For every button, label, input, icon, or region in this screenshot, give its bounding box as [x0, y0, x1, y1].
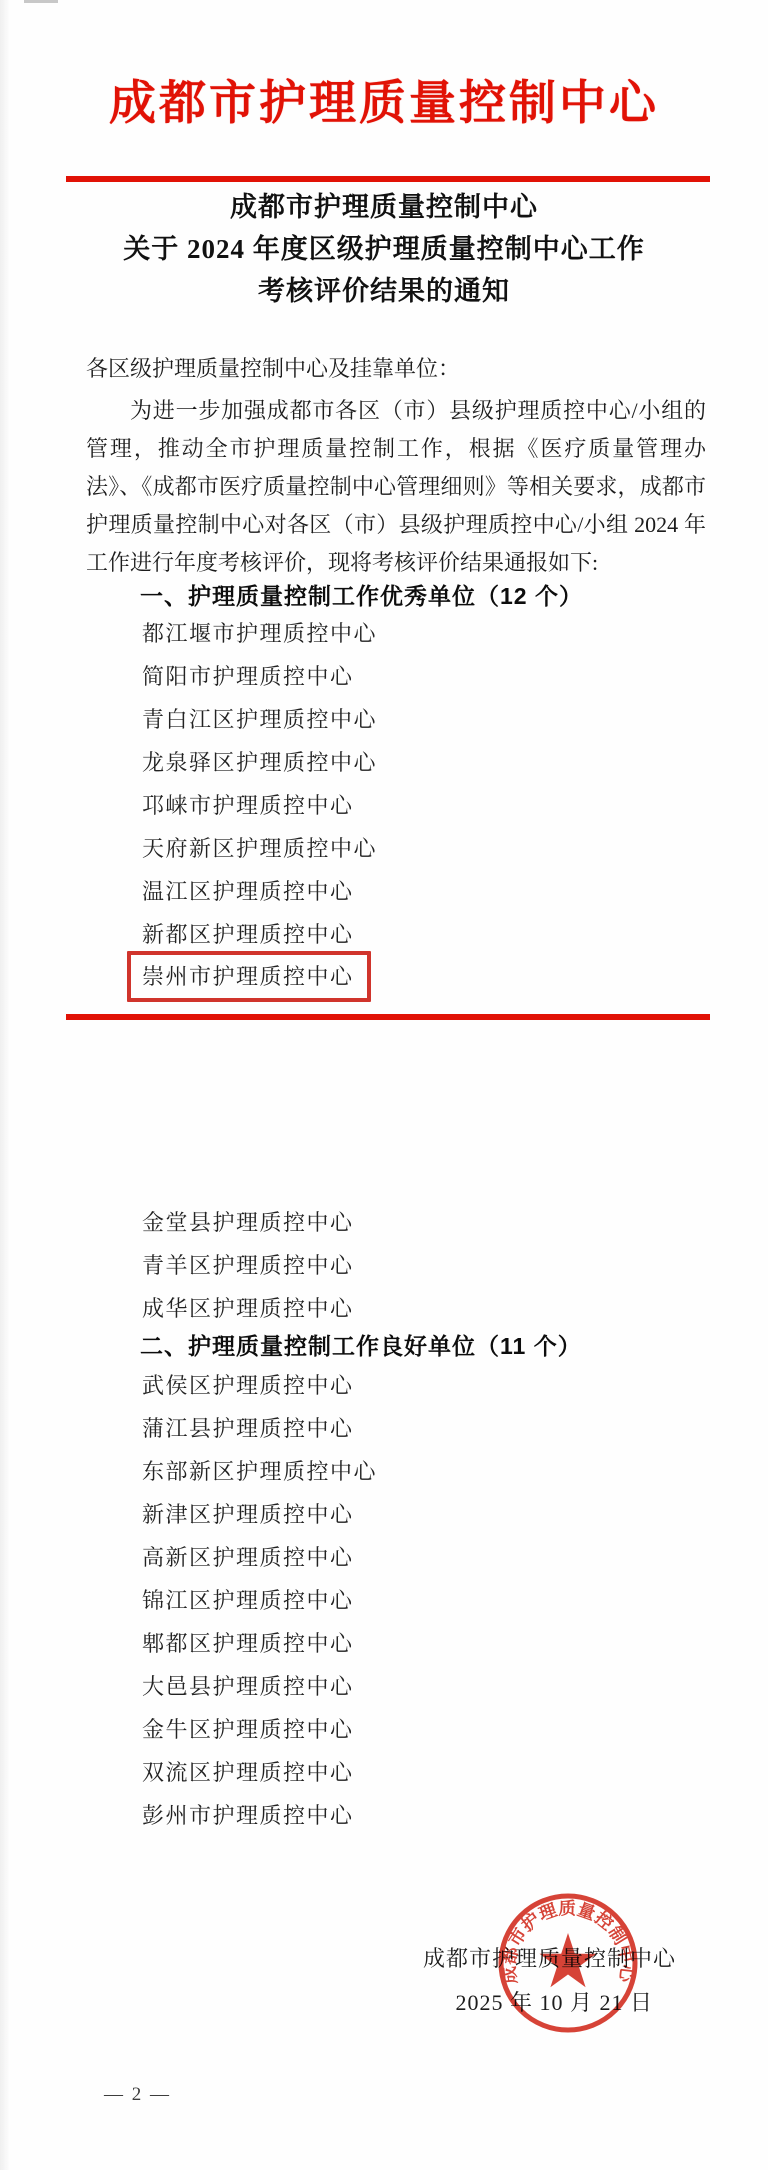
document-title-line-1: 成都市护理质量控制中心 — [30, 186, 738, 228]
unit-list-item: 青羊区护理质控中心 — [142, 1243, 728, 1286]
unit-list-item: 武侯区护理质控中心 — [142, 1363, 728, 1406]
unit-list-item: 温江区护理质控中心 — [142, 869, 728, 912]
excellent-units-list-page2: 金堂县护理质控中心 青羊区护理质控中心 成华区护理质控中心 — [142, 1200, 728, 1329]
document-title: 成都市护理质量控制中心 关于 2024 年度区级护理质量控制中心工作 考核评价结… — [30, 186, 738, 312]
seal-star-icon — [540, 1933, 597, 1987]
unit-name: 锦江区护理质控中心 — [142, 1584, 354, 1615]
unit-list-item: 新津区护理质控中心 — [142, 1492, 728, 1535]
unit-name: 崇州市护理质控中心 — [127, 951, 371, 1002]
body-paragraph: 为进一步加强成都市各区（市）县级护理质控中心/小组的管理，推动全市护理质量控制工… — [86, 392, 706, 582]
unit-name: 大邑县护理质控中心 — [142, 1670, 354, 1701]
official-seal: 成都市护理质量控制中心 — [488, 1883, 648, 2043]
unit-list-item: 崇州市护理质控中心 — [142, 955, 728, 998]
unit-list-item: 东部新区护理质控中心 — [142, 1449, 728, 1492]
unit-list-item: 锦江区护理质控中心 — [142, 1578, 728, 1621]
unit-list-item: 金牛区护理质控中心 — [142, 1707, 728, 1750]
unit-list-item: 双流区护理质控中心 — [142, 1750, 728, 1793]
unit-name: 邛崃市护理质控中心 — [142, 789, 354, 820]
unit-name: 郫都区护理质控中心 — [142, 1627, 354, 1658]
scan-artifact — [24, 0, 58, 3]
unit-list-item: 青白江区护理质控中心 — [142, 697, 728, 740]
unit-name: 高新区护理质控中心 — [142, 1541, 354, 1572]
unit-list-item: 成华区护理质控中心 — [142, 1286, 728, 1329]
salutation: 各区级护理质量控制中心及挂靠单位： — [86, 355, 708, 383]
unit-name: 简阳市护理质控中心 — [142, 660, 354, 691]
unit-name: 天府新区护理质控中心 — [142, 832, 377, 863]
unit-name: 武侯区护理质控中心 — [142, 1369, 354, 1400]
unit-name: 彭州市护理质控中心 — [142, 1799, 354, 1830]
unit-name: 蒲江县护理质控中心 — [142, 1412, 354, 1443]
unit-list-item: 邛崃市护理质控中心 — [142, 783, 728, 826]
unit-name: 金牛区护理质控中心 — [142, 1713, 354, 1744]
page-number: — 2 — — [104, 2084, 171, 2106]
unit-list-item: 新都区护理质控中心 — [142, 912, 728, 955]
unit-name: 双流区护理质控中心 — [142, 1756, 354, 1787]
unit-name: 青羊区护理质控中心 — [142, 1249, 354, 1280]
unit-list-item: 高新区护理质控中心 — [142, 1535, 728, 1578]
document-title-line-2: 关于 2024 年度区级护理质量控制中心工作 — [30, 228, 738, 270]
excellent-units-list-page1: 都江堰市护理质控中心 简阳市护理质控中心 青白江区护理质控中心 龙泉驿区护理质控… — [142, 611, 728, 998]
unit-list-item: 龙泉驿区护理质控中心 — [142, 740, 728, 783]
unit-name: 新津区护理质控中心 — [142, 1498, 354, 1529]
unit-list-item: 大邑县护理质控中心 — [142, 1664, 728, 1707]
letterhead-divider-line — [66, 176, 710, 182]
good-units-list: 武侯区护理质控中心 蒲江县护理质控中心 东部新区护理质控中心 新津区护理质控中心… — [142, 1363, 728, 1836]
unit-list-item: 金堂县护理质控中心 — [142, 1200, 728, 1243]
unit-list-item: 天府新区护理质控中心 — [142, 826, 728, 869]
unit-name: 成华区护理质控中心 — [142, 1292, 354, 1323]
section-1-heading: 一、护理质量控制工作优秀单位（12 个） — [140, 582, 728, 610]
letterhead-title: 成都市护理质量控制中心 — [0, 56, 768, 142]
section-2-heading: 二、护理质量控制工作良好单位（11 个） — [140, 1332, 728, 1360]
unit-name: 青白江区护理质控中心 — [142, 703, 377, 734]
page-break-divider-line — [66, 1014, 710, 1020]
unit-list-item: 彭州市护理质控中心 — [142, 1793, 728, 1836]
document-page: 成都市护理质量控制中心 成都市护理质量控制中心 关于 2024 年度区级护理质量… — [0, 0, 768, 2170]
unit-name: 金堂县护理质控中心 — [142, 1206, 354, 1237]
unit-list-item: 蒲江县护理质控中心 — [142, 1406, 728, 1449]
unit-name: 都江堰市护理质控中心 — [142, 617, 377, 648]
unit-list-item: 都江堰市护理质控中心 — [142, 611, 728, 654]
unit-name: 新都区护理质控中心 — [142, 918, 354, 949]
unit-name: 温江区护理质控中心 — [142, 875, 354, 906]
unit-name: 龙泉驿区护理质控中心 — [142, 746, 377, 777]
unit-list-item: 简阳市护理质控中心 — [142, 654, 728, 697]
unit-list-item: 郫都区护理质控中心 — [142, 1621, 728, 1664]
unit-name: 东部新区护理质控中心 — [142, 1455, 377, 1486]
document-title-line-3: 考核评价结果的通知 — [30, 270, 738, 312]
